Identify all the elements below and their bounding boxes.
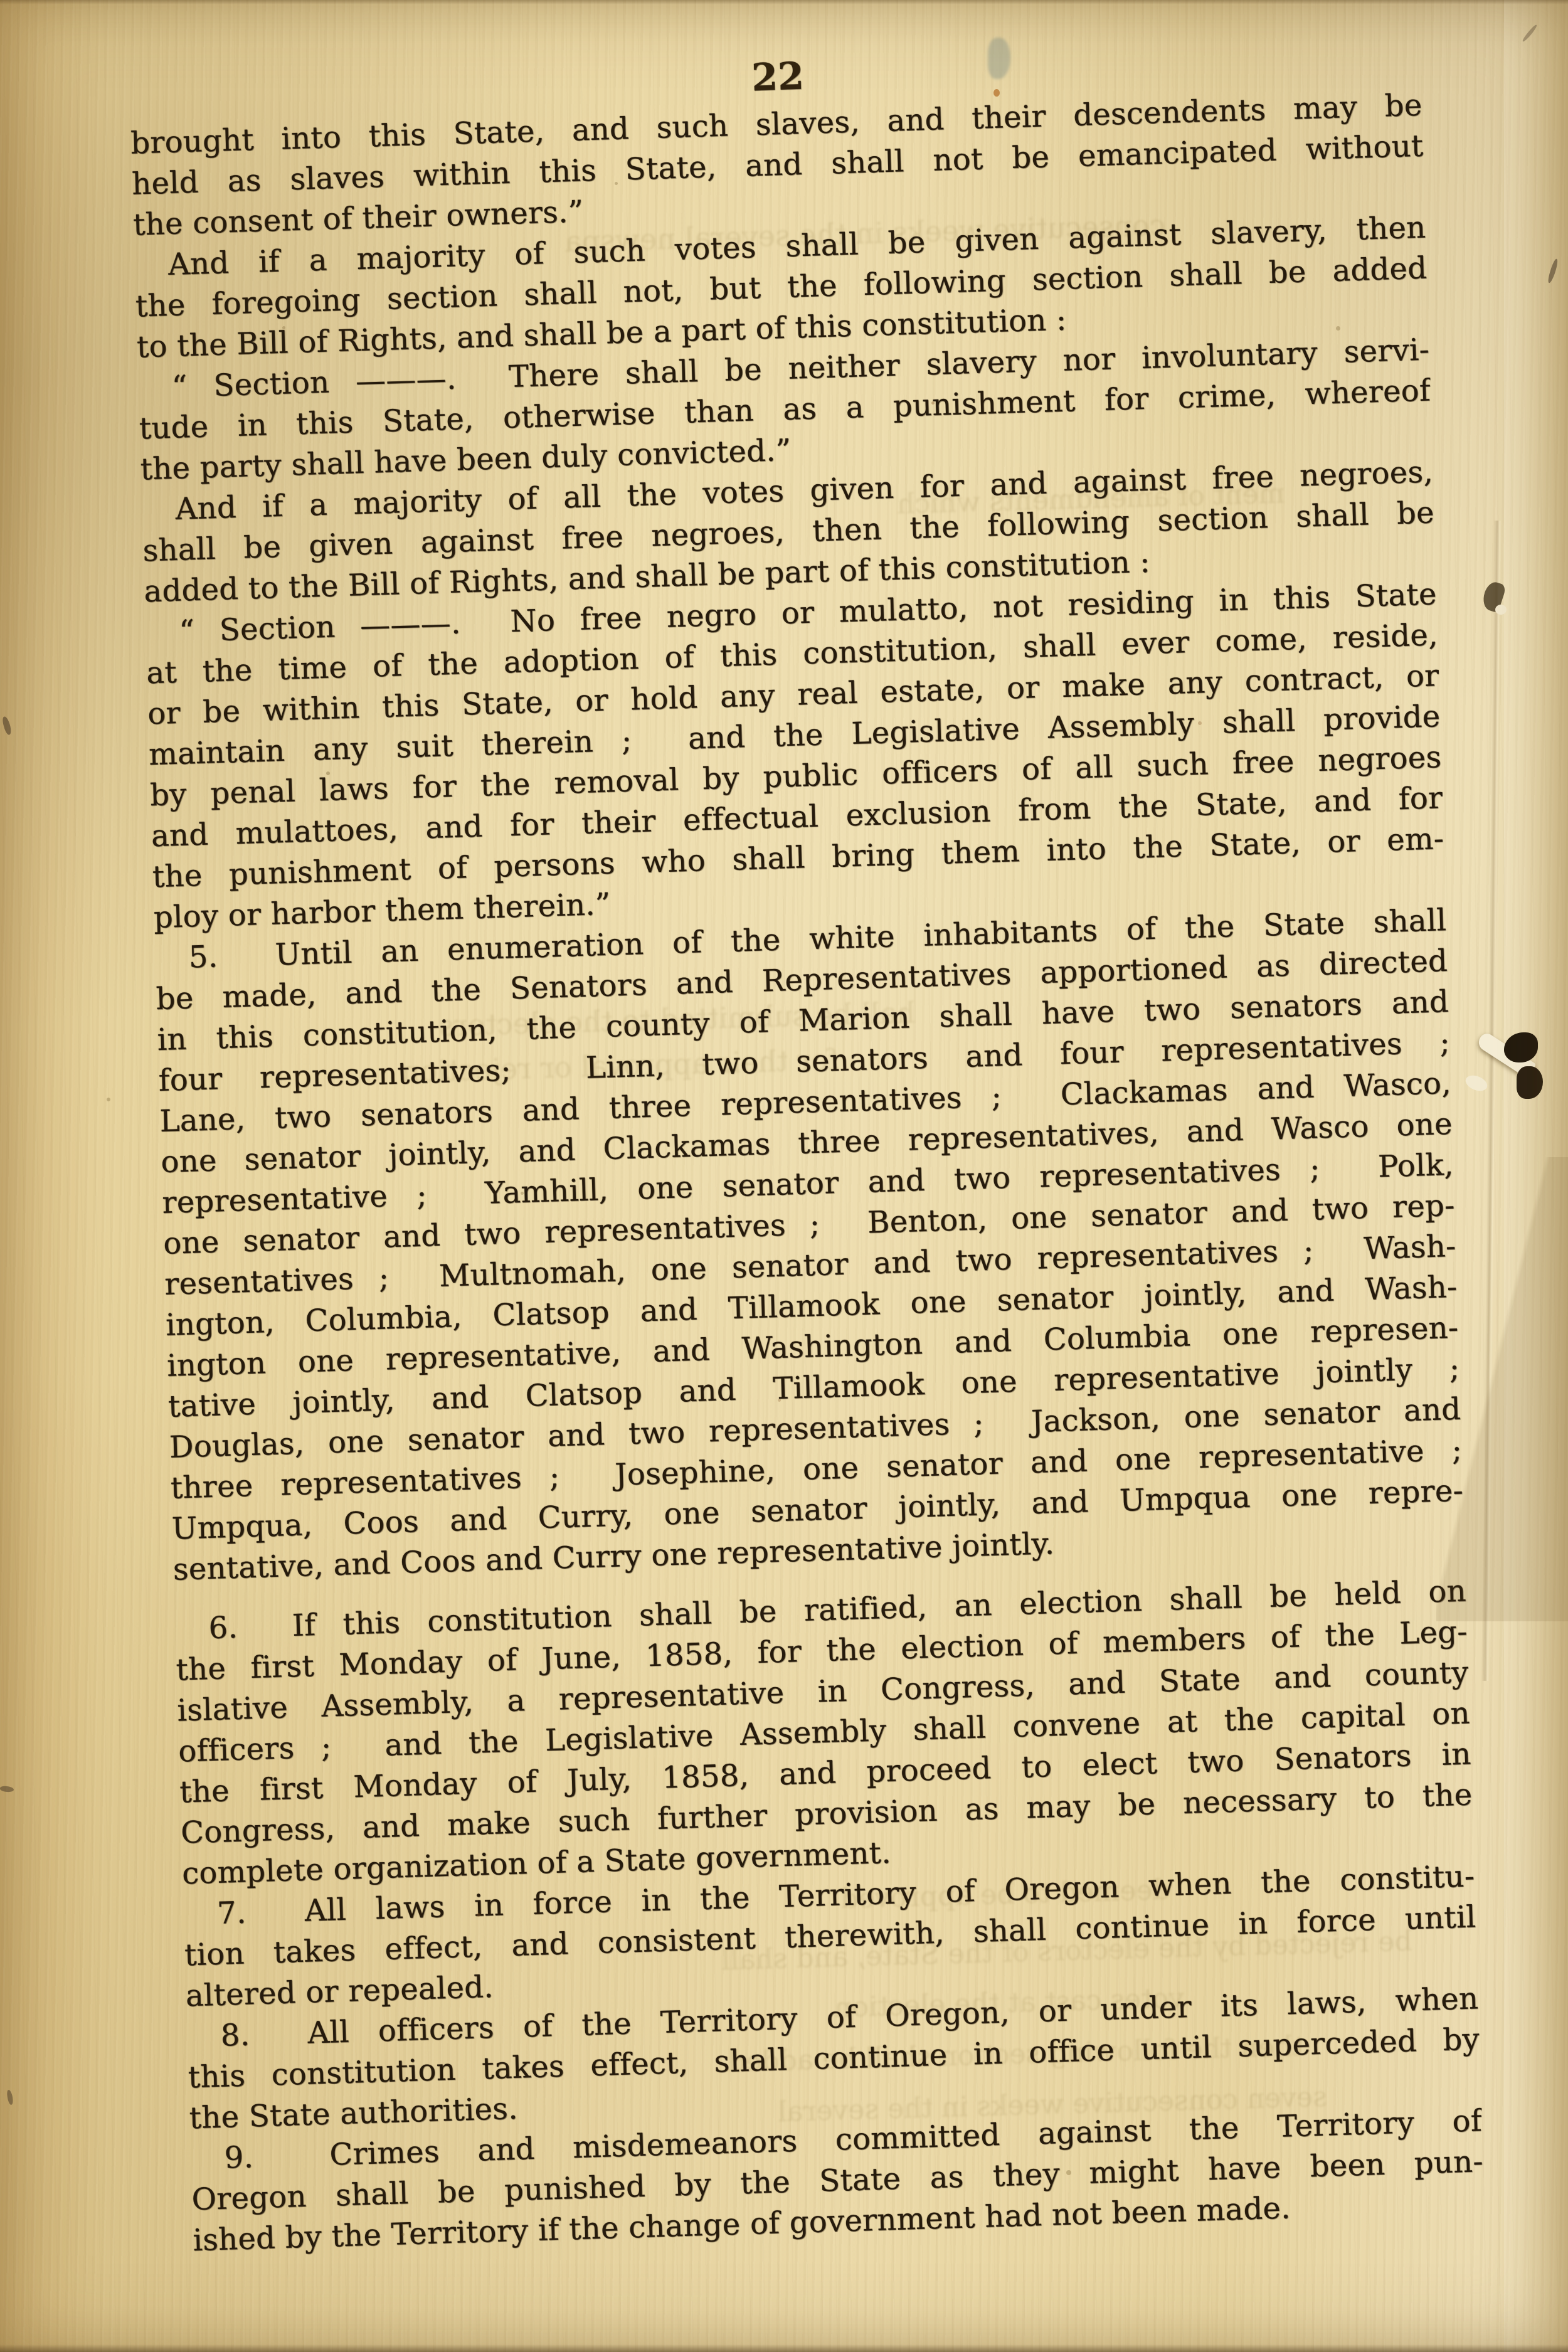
scan-top-edge [0, 0, 1568, 4]
foxing-speck [401, 2233, 405, 2236]
foxing-speck [1436, 1913, 1440, 1917]
foxing-speck [1386, 151, 1389, 154]
scanned-book-page: consecutive weeks in the several newspam… [0, 0, 1568, 2352]
foxing-speck [521, 1192, 524, 1195]
foxing-speck [326, 771, 330, 775]
foxing-speck [1066, 2170, 1071, 2175]
foxing-speck [107, 1098, 110, 1101]
scan-bottom-edge [0, 2344, 1568, 2352]
foxing-speck [931, 401, 935, 405]
foxing-speck [188, 1794, 192, 1798]
foxing-speck [778, 1399, 781, 1402]
foxing-speck [1198, 721, 1202, 725]
foxing-speck [615, 182, 618, 185]
scan-vignette [0, 0, 1568, 2352]
foxing-speck [477, 1913, 480, 1917]
foxing-speck [282, 326, 285, 329]
foxing-speck [1286, 1681, 1290, 1685]
foxing-speck [1336, 326, 1340, 331]
